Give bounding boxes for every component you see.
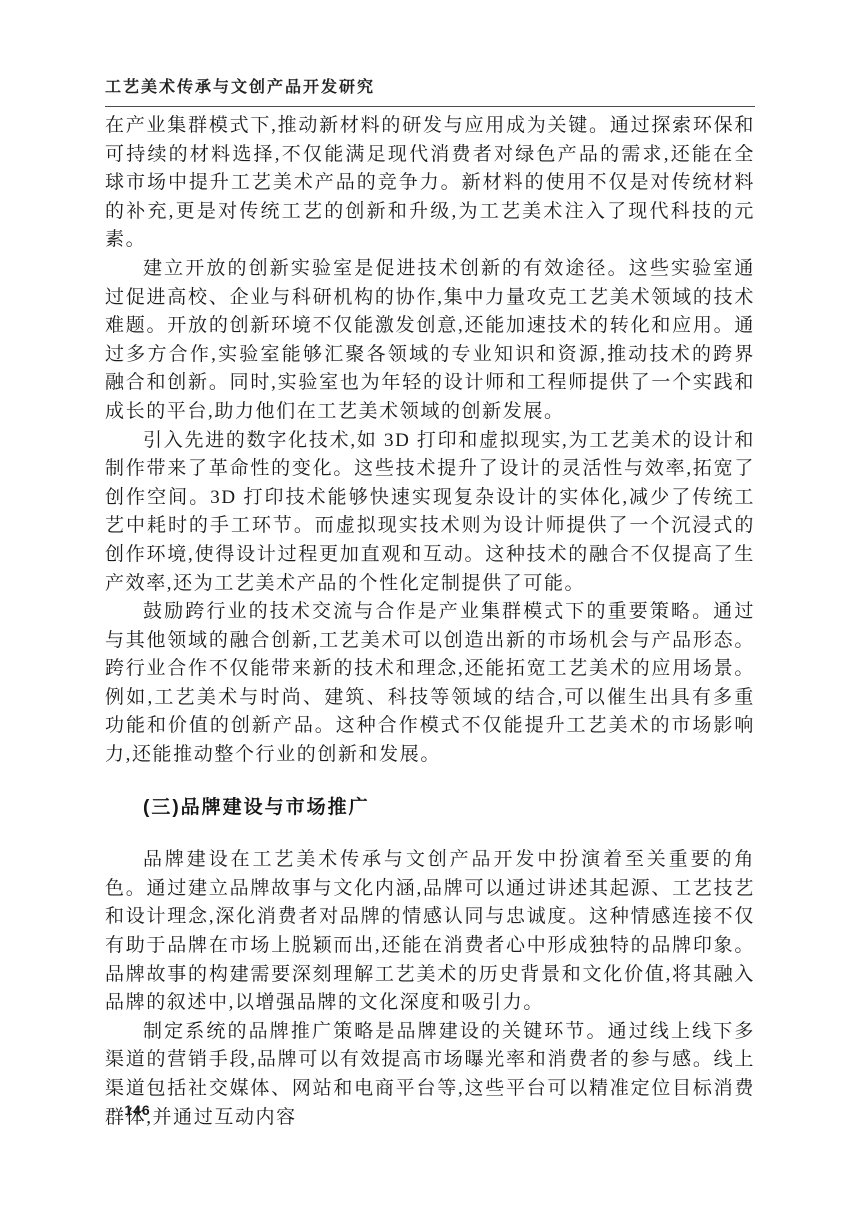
body-paragraph: 在产业集群模式下,推动新材料的研发与应用成为关键。通过探索环保和可持续的材料选择…	[105, 112, 755, 255]
body-paragraph: 品牌建设在工艺美术传承与文创产品开发中扮演着至关重要的角色。通过建立品牌故事与文…	[105, 846, 755, 1018]
section-heading: (三)品牌建设与市场推广	[105, 794, 755, 823]
footer-dot-left: ·	[112, 1104, 116, 1117]
page-footer: · 146 ·	[112, 1102, 163, 1118]
document-page: 工艺美术传承与文创产品开发研究 在产业集群模式下,推动新材料的研发与应用成为关键…	[0, 0, 860, 1208]
page-number: 146	[124, 1102, 150, 1118]
running-header: 工艺美术传承与文创产品开发研究	[105, 74, 755, 107]
body-paragraph: 建立开放的创新实验室是促进技术创新的有效途径。这些实验室通过促进高校、企业与科研…	[105, 255, 755, 427]
footer-dot-right: ·	[159, 1104, 163, 1117]
page-body: 在产业集群模式下,推动新材料的研发与应用成为关键。通过探索环保和可持续的材料选择…	[105, 112, 755, 1132]
header-rule-divider	[105, 106, 755, 107]
body-paragraph: 引入先进的数字化技术,如 3D 打印和虚拟现实,为工艺美术的设计和制作带来了革命…	[105, 427, 755, 599]
body-paragraph: 鼓励跨行业的技术交流与合作是产业集群模式下的重要策略。通过与其他领域的融合创新,…	[105, 598, 755, 770]
running-header-title: 工艺美术传承与文创产品开发研究	[105, 74, 755, 97]
body-paragraph: 制定系统的品牌推广策略是品牌建设的关键环节。通过线上线下多渠道的营销手段,品牌可…	[105, 1018, 755, 1132]
